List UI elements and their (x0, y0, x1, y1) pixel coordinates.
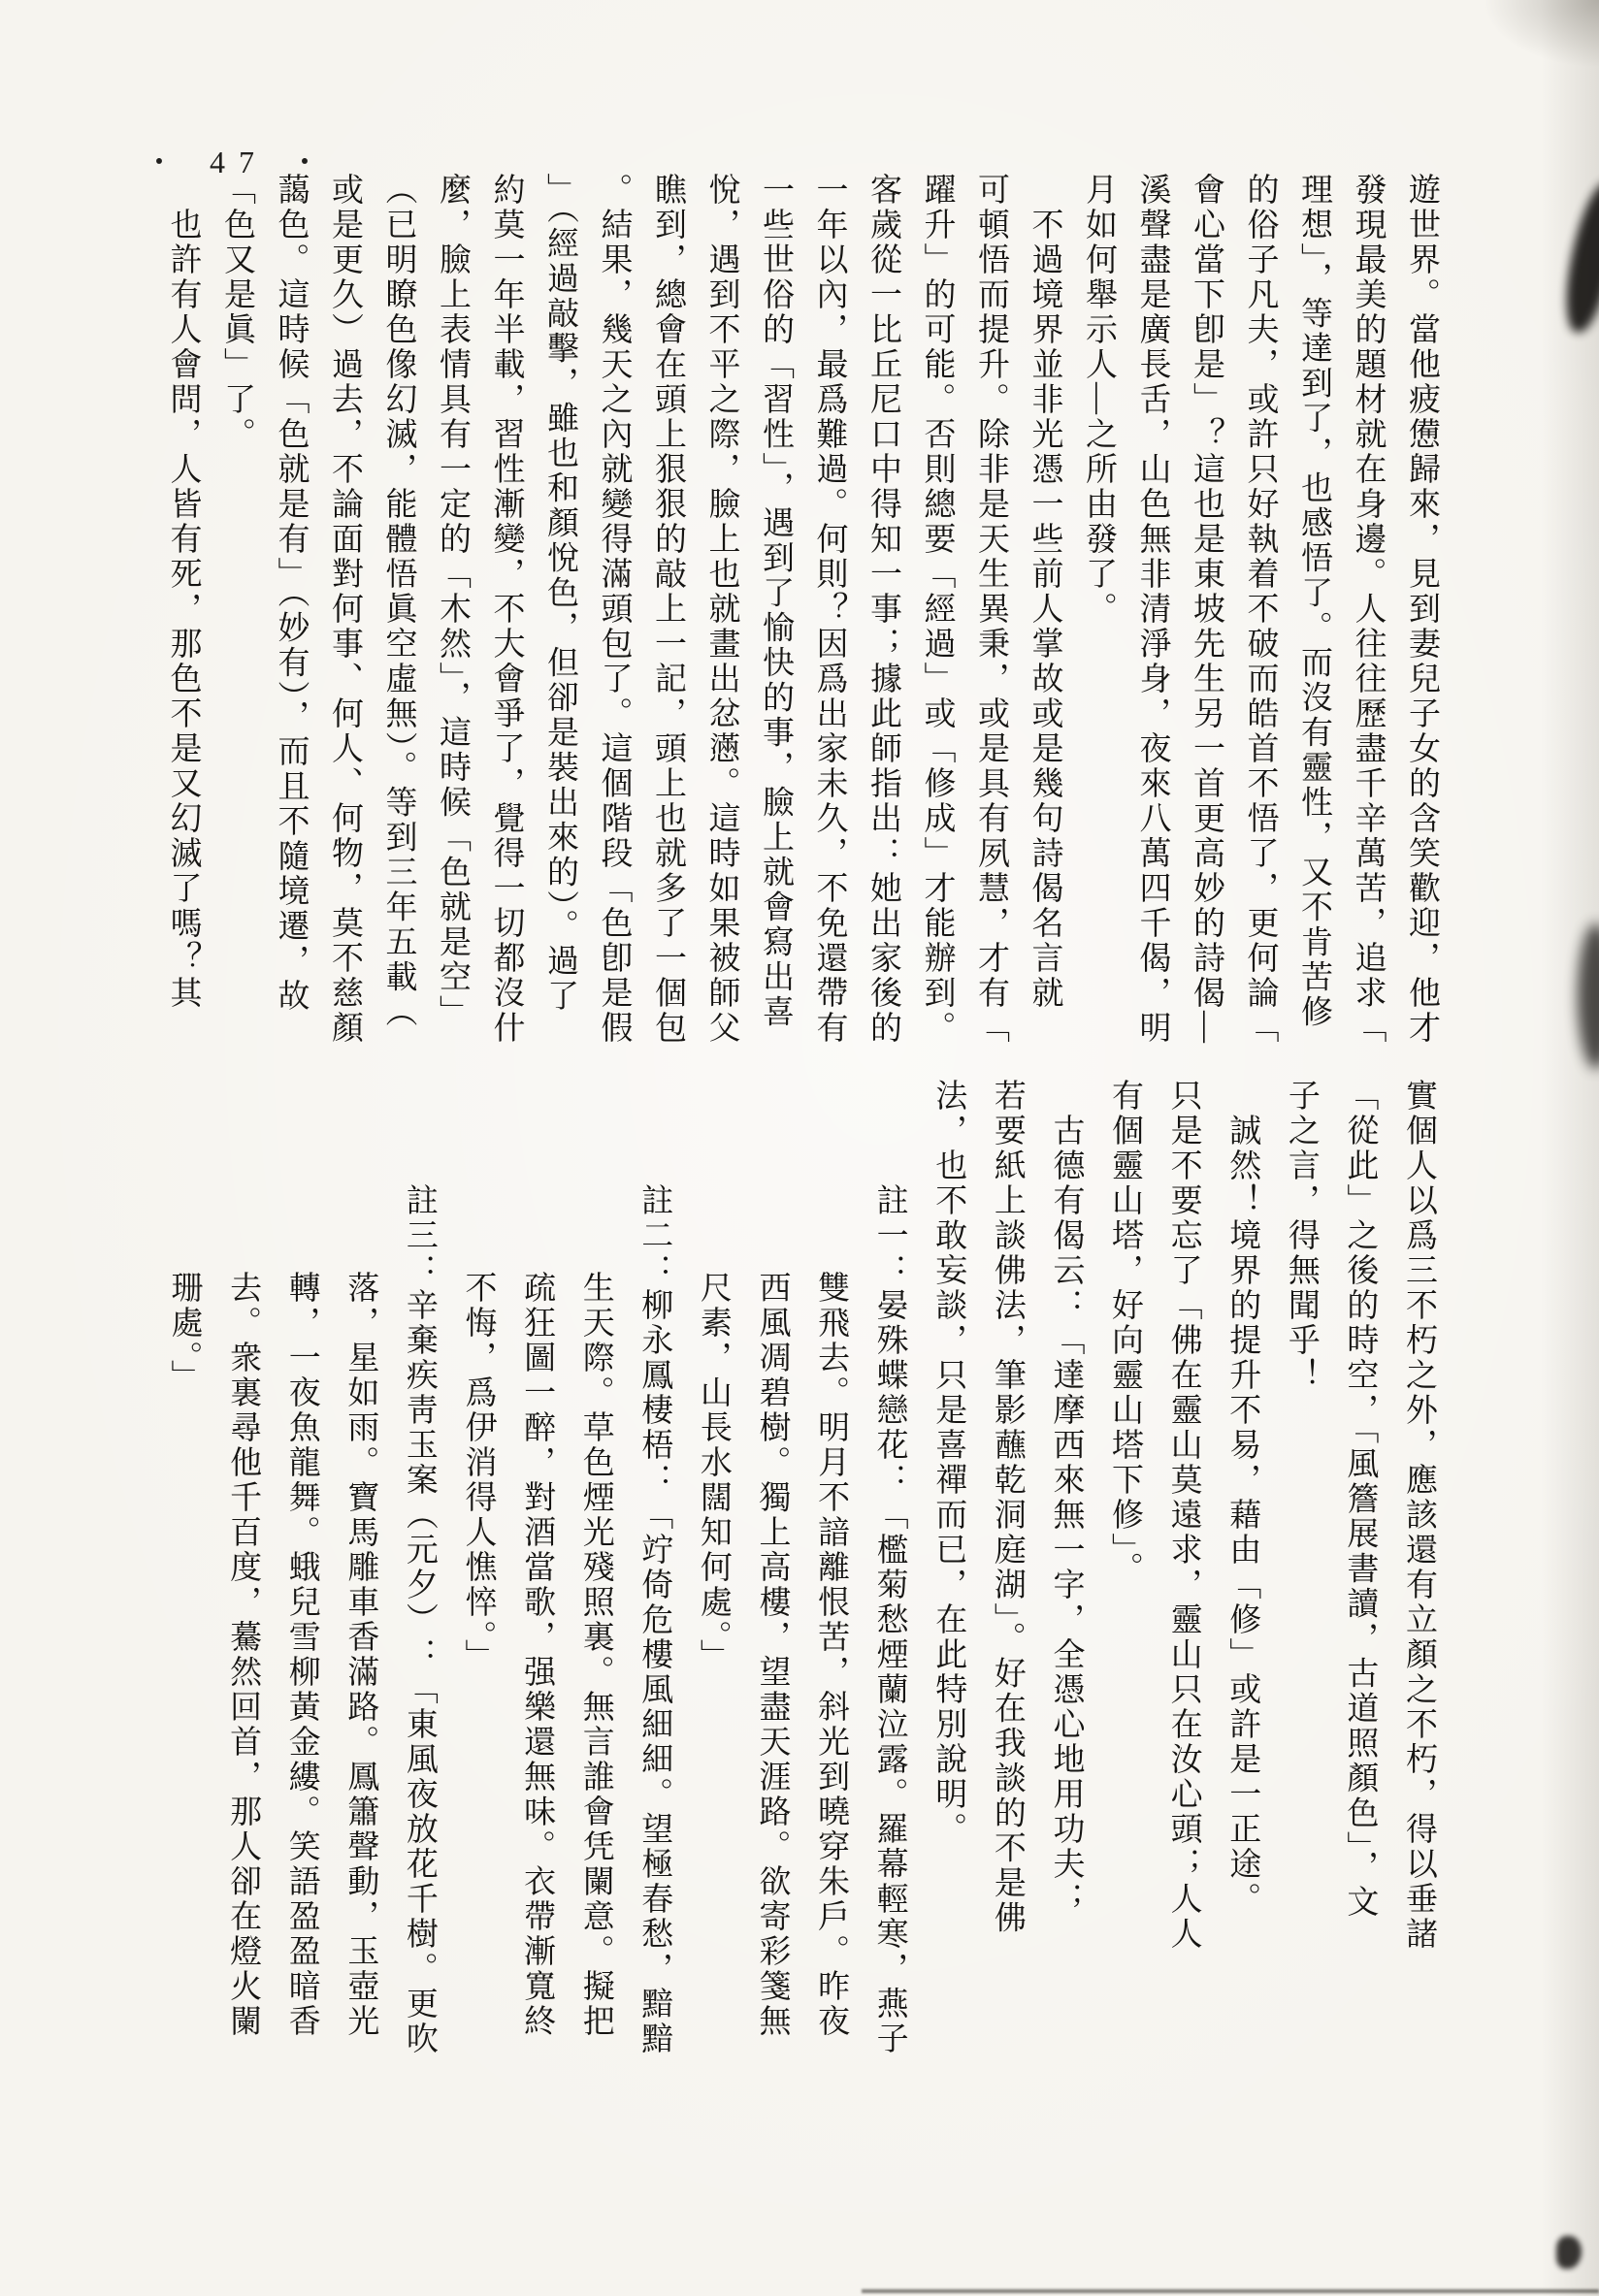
text-column: 月如何舉示人—之所由發了。 (1071, 173, 1126, 1051)
text-column: 藹色。這時候「色就是有」（妙有），而且不隨境遷，故 (263, 173, 317, 1051)
text-column: 去。衆裏尋他千百度，驀然回首，那人卻在燈火闌 (213, 1079, 273, 2064)
text-column: 麼，臉上表情具有一定的「木然」，這時候「色就是空」 (425, 173, 479, 1051)
text-column: 珊處。」 (154, 1079, 213, 2064)
text-column: 誠然！境界的提升不易，藉由「修」或許是一正途。 (1213, 1079, 1272, 2064)
text-column: 雙飛去。明月不諳離恨苦，斜光到曉穿朱戶。昨夜 (800, 1079, 860, 2064)
text-column: 轉，一夜魚龍舞。蛾兒雪柳黃金縷。笑語盈盈暗香 (272, 1079, 331, 2064)
upper-text-block: 遊世界。當他疲憊歸來，見到妻兒子女的含笑歡迎，他才發現最美的題材就在身邊。人往往… (153, 173, 1448, 1051)
text-column: 只是不要忘了「佛在靈山莫遠求，靈山只在汝心頭；人人 (1154, 1079, 1213, 2064)
text-column: 也許有人會問，人皆有死，那色不是又幻滅了嗎？其 (155, 173, 210, 1051)
text-column: 瞧到，總會在頭上狠狠的敲上一記，頭上也就多了一個包 (640, 173, 695, 1051)
text-column: 發現最美的題材就在身邊。人往往歷盡千辛萬苦，追求「 (1340, 173, 1394, 1051)
text-column: 客歲從一比丘尼口中得知一事；據此師指出：她出家後的 (856, 173, 910, 1051)
text-column: 不過境界並非光憑一些前人掌故或是幾句詩偈名言就 (1017, 173, 1071, 1051)
text-column: 。結果，幾天之內就變得滿頭包了。這個階段「色卽是假 (586, 173, 640, 1051)
scan-mark-bottom-right (1556, 2236, 1582, 2269)
text-column: 」（經過敲擊，雖也和顏悅色，但卻是裝出來的）。過了 (533, 173, 587, 1051)
text-column: 溪聲盡是廣長舌，山色無非清淨身，夜來八萬四千偈，明 (1125, 173, 1179, 1051)
text-column: 西風凋碧樹。獨上高樓，望盡天涯路。欲寄彩箋無 (742, 1079, 801, 2064)
text-column: 悅，遇到不平之際，臉上也就畫出忿懣。這時如果被師父 (694, 173, 748, 1051)
text-column: 會心當下卽是」？這也是東坡先生另一首更高妙的詩偈— (1179, 173, 1233, 1051)
text-column: 不悔，爲伊消得人憔悴。」 (448, 1079, 507, 2064)
text-column: 註三：辛棄疾靑玉案（元夕）：「東風夜放花千樹。更吹 (389, 1079, 448, 2064)
text-column: 一年以內，最爲難過。何則？因爲出家未久，不免還帶有 (801, 173, 856, 1051)
text-column: 生天際。草色煙光殘照裏。無言誰會凭闌意。擬把 (566, 1079, 625, 2064)
text-column: 的俗子凡夫，或許只好執着不破而皓首不悟了，更何論「 (1232, 173, 1287, 1051)
text-column: 若要紙上談佛法，筆影蘸乾洞庭湖」。好在我談的不是佛 (977, 1079, 1036, 2064)
scan-bottom-edge-line (862, 2289, 1599, 2293)
text-column: 實個人以爲三不朽之外，應該還有立顏之不朽，得以垂諸 (1388, 1079, 1448, 2064)
scan-edge-shade (1483, 0, 1599, 68)
text-column: 可頓悟而提升。除非是天生異秉，或是具有夙慧，才有「 (963, 173, 1018, 1051)
text-column: 疏狂圖一醉，對酒當歌，强樂還無味。衣帶漸寬終 (507, 1079, 567, 2064)
text-column: 古德有偈云：「達摩西來無一字，全憑心地用功夫； (1036, 1079, 1095, 2064)
text-column: 有個靈山塔，好向靈山塔下修」。 (1094, 1079, 1154, 2064)
text-column: 躍升」的可能。否則總要「經過」或「修成」才能辦到。 (909, 173, 963, 1051)
text-column: 法，也不敢妄談，只是喜禪而已，在此特別說明。 (919, 1079, 978, 2064)
text-column: 遊世界。當他疲憊歸來，見到妻兒子女的含笑歡迎，他才 (1394, 173, 1449, 1051)
text-column: 尺素，山長水闊知何處。」 (683, 1079, 742, 2064)
text-column: 一些世俗的「習性」，遇到了愉快的事，臉上就會寫出喜 (748, 173, 802, 1051)
text-column: 子之言，得無聞乎！ (1271, 1079, 1330, 2064)
text-column: 約莫一年半載，習性漸變，不大會爭了，覺得一切都沒什 (478, 173, 533, 1051)
text-column: 註一：晏殊蝶戀花：「檻菊愁煙蘭泣露。羅幕輕寒，燕子 (860, 1079, 919, 2064)
text-column: 註二：柳永鳳棲梧：「竚倚危樓風細細。望極春愁，黯黯 (625, 1079, 684, 2064)
text-column: 「色又是眞」了。 (210, 173, 264, 1051)
scanned-page: ・ 47 ・ 遊世界。當他疲憊歸來，見到妻兒子女的含笑歡迎，他才發現最美的題材就… (0, 0, 1599, 2296)
text-column: 落，星如雨。寶馬雕車香滿路。鳳簫聲動，玉壺光 (331, 1079, 390, 2064)
text-column: 理想」，等達到了，也感悟了。而沒有靈性，又不肯苦修 (1287, 173, 1341, 1051)
scan-smudge-top-right (1559, 178, 1599, 337)
lower-text-block: 實個人以爲三不朽之外，應該還有立顏之不朽，得以垂諸「從此」之後的時空，「風簷展書… (153, 1079, 1448, 2064)
text-column: 或是更久）過去，不論面對何事、何人、何物，莫不慈顏 (317, 173, 372, 1051)
text-column: 「從此」之後的時空，「風簷展書讀，古道照顏色」，文 (1330, 1079, 1389, 2064)
scan-smudge-mid-right (1578, 923, 1599, 1069)
text-column: （已明瞭色像幻滅，能體悟眞空虛無）。等到三年五載（ (371, 173, 425, 1051)
